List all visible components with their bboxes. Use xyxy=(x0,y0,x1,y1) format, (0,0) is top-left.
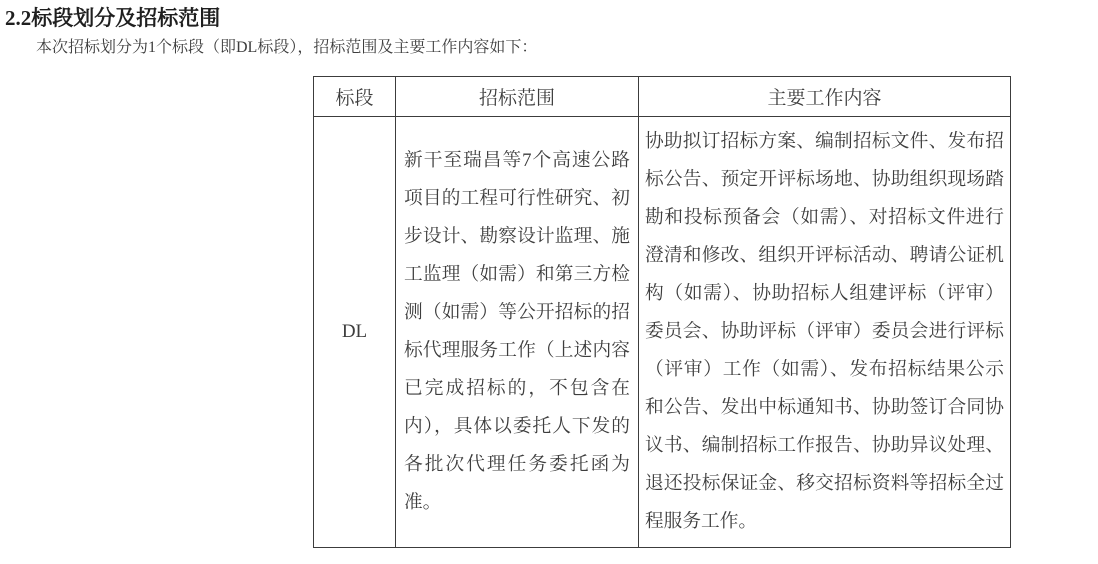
column-header-section: 标段 xyxy=(314,77,396,117)
intro-paragraph: 本次招标划分为1个标段（即DL标段），招标范围及主要工作内容如下： xyxy=(36,37,537,59)
column-header-bidding-scope: 招标范围 xyxy=(396,77,639,117)
section-heading: 2.2标段划分及招标范围 xyxy=(5,5,220,31)
cell-main-work-content: 协助拟订招标方案、编制招标文件、发布招标公告、预定开评标场地、协助组织现场踏勘和… xyxy=(639,117,1011,548)
cell-bidding-scope: 新干至瑞昌等7个高速公路项目的工程可行性研究、初步设计、勘察设计监理、施工监理（… xyxy=(396,117,639,548)
table-row: DL 新干至瑞昌等7个高速公路项目的工程可行性研究、初步设计、勘察设计监理、施工… xyxy=(314,117,1011,548)
bid-sections-table: 标段 招标范围 主要工作内容 DL 新干至瑞昌等7个高速公路项目的工程可行性研究… xyxy=(313,76,1011,548)
table-header-row: 标段 招标范围 主要工作内容 xyxy=(314,77,1011,117)
column-header-main-work: 主要工作内容 xyxy=(639,77,1011,117)
cell-section-id: DL xyxy=(314,117,396,548)
